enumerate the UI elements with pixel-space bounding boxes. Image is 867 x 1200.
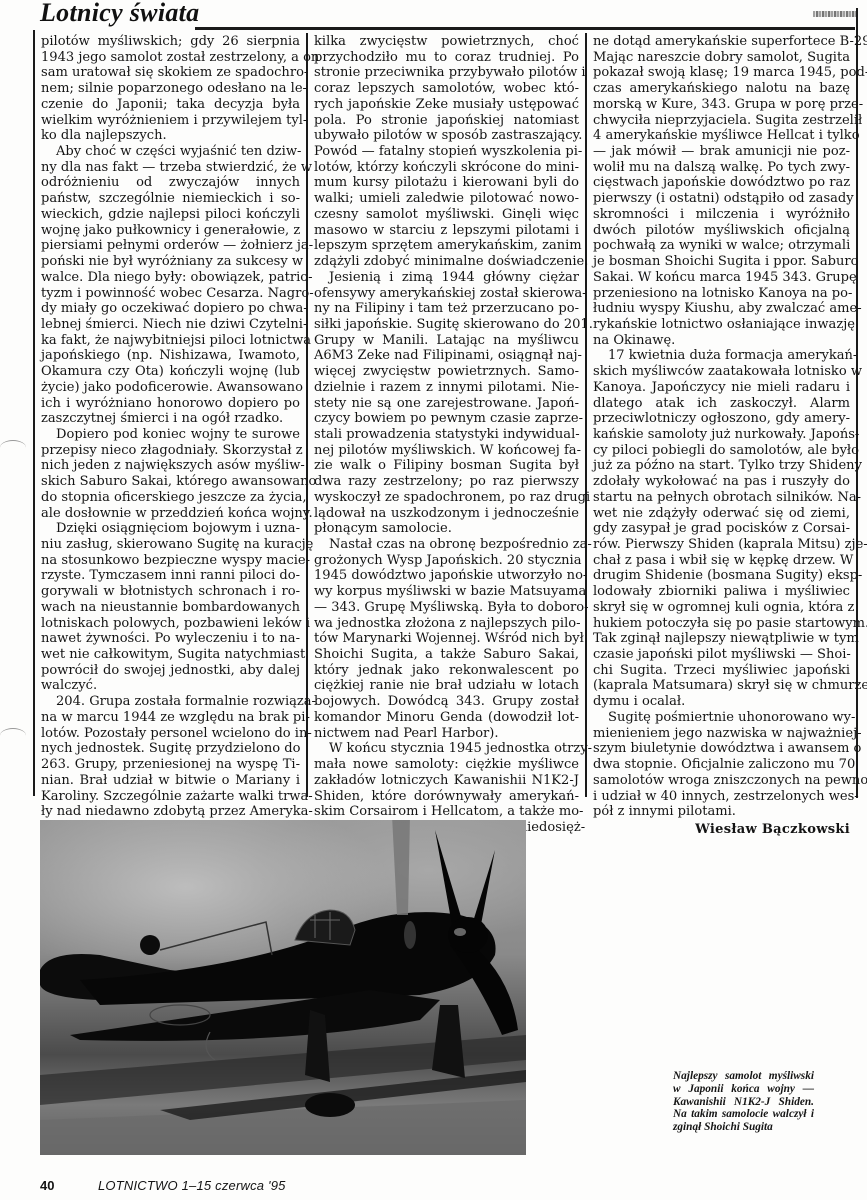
text-line: cięstwach japońskie dowództwo po raz xyxy=(593,175,850,191)
column-border-left xyxy=(33,30,35,796)
text-line: 4 amerykańskie myśliwce Hellcat i tylko xyxy=(593,128,850,144)
text-line: morską w Kure, 343. Grupa w porę prze- xyxy=(593,97,850,113)
text-line: zakładów lotniczych Kawanishii N1K2-J xyxy=(314,773,579,789)
text-line: siłki japońskie. Sugitę skierowano do 20… xyxy=(314,317,579,333)
article-paragraph: kilka zwycięstw powietrznych, choćprzych… xyxy=(314,34,579,270)
text-line: Shiden, które dorównywały amerykań- xyxy=(314,789,579,805)
text-line: już za późno na start. Tylko trzy Shiden… xyxy=(593,458,850,474)
column-divider-1 xyxy=(306,33,308,797)
text-line: ubywało pilotów w sposób zastraszający. xyxy=(314,128,579,144)
text-line: nych jednostek. Sugitę przydzielono do xyxy=(41,741,300,757)
text-line: mum kursy pilotażu i kierowani byli do xyxy=(314,175,579,191)
text-line: ny dla nas fakt — trzeba stwierdzić, że … xyxy=(41,160,300,176)
text-line: je bosman Shoichi Sugita i ppor. Saburo xyxy=(593,254,850,270)
text-line: piersiami pełnymi orderów — żołnierz ja- xyxy=(41,238,300,254)
text-line: Dopiero pod koniec wojny te surowe xyxy=(41,427,300,443)
text-line: i udział w 40 innych, zestrzelonych wes- xyxy=(593,789,850,805)
text-line: nem; silnie poparzonego odesłano na le- xyxy=(41,81,300,97)
article-paragraph: 17 kwietnia duża formacja amerykań-skich… xyxy=(593,348,850,710)
text-line: gorywali w błotnistych schronach i ro- xyxy=(41,584,300,600)
text-line: A6M3 Zeke nad Filipinami, osiągnął naj- xyxy=(314,348,579,364)
text-line: walczyć. xyxy=(41,678,300,694)
binding-mark xyxy=(0,728,26,743)
text-line: 204. Grupa została formalnie rozwiąza- xyxy=(41,694,300,710)
text-line: przepisy nieco złagodniały. Skorzystał z xyxy=(41,443,300,459)
text-line: lepszym sprzętem amerykańskim, zanim xyxy=(314,238,579,254)
text-line: ły nad niedawno zdobytą przez Ameryka- xyxy=(41,804,300,820)
text-line: na stosunkowo bezpieczne wyspy macie- xyxy=(41,553,300,569)
text-line: ich i wyróżniano honorowo dopiero po xyxy=(41,396,300,412)
aircraft-photo xyxy=(40,820,526,1155)
text-line: nian. Brał udział w bitwie o Mariany i xyxy=(41,773,300,789)
article-paragraph: Aby choć w części wyjaśnić ten dziw-ny d… xyxy=(41,144,300,427)
text-line: ka fakt, że najwybitniejsi piloci lotnic… xyxy=(41,333,300,349)
text-line: walki; umieli zaledwie pilotować nowo- xyxy=(314,191,579,207)
text-line: powrócił do swojej jednostki, aby dalej xyxy=(41,663,300,679)
text-line: sam uratował się skokiem ze spadochro- xyxy=(41,65,300,81)
text-line: lotniskach polowych, pozbawieni leków i xyxy=(41,616,300,632)
text-line: chwyciła nieprzyjaciela. Sugita zestrzel… xyxy=(593,113,850,129)
article-paragraph: pilotów myśliwskich; gdy 26 sierpnia1943… xyxy=(41,34,300,144)
text-line: lebnej śmierci. Niech nie dziwi Czytelni… xyxy=(41,317,300,333)
text-line: 263. Grupy, przeniesionej na wyspę Ti- xyxy=(41,757,300,773)
article-paragraph: Jesienią i zimą 1944 główny ciężarofensy… xyxy=(314,270,579,537)
text-line: dwa razy zestrzelony; po raz pierwszy xyxy=(314,474,579,490)
article-column-2: kilka zwycięstw powietrznych, choćprzych… xyxy=(314,34,579,836)
text-line: wieckich, gdzie najlepsi piloci kończyli xyxy=(41,207,300,223)
text-line: więcej zwycięstw powietrznych. Samo- xyxy=(314,364,579,380)
text-line: Okamura czy Ota) kończyli wojnę (lub xyxy=(41,364,300,380)
text-line: wy korpus myśliwski w bazie Matsuyama xyxy=(314,584,579,600)
text-line: kilka zwycięstw powietrznych, choć xyxy=(314,34,579,50)
text-line: wet nie zdążyły oderwać się od ziemi, xyxy=(593,506,850,522)
column-divider-2 xyxy=(585,33,587,797)
text-line: cy piloci pobiegli do samolotów, ale był… xyxy=(593,443,850,459)
article-paragraph: Nastał czas na obronę bezpośrednio za-gr… xyxy=(314,537,579,741)
text-line: tów Marynarki Wojennej. Wśród nich był xyxy=(314,631,579,647)
text-line: rzyste. Tymczasem inni ranni piloci do- xyxy=(41,568,300,584)
text-line: wolił mu na dalszą walkę. Po tych zwy- xyxy=(593,160,850,176)
text-line: samolotów wroga zniszczonych na pewno xyxy=(593,773,850,789)
text-line: nej pilotów myśliwskich. W końcowej fa- xyxy=(314,443,579,459)
text-line: Sakai. W końcu marca 1945 343. Grupę xyxy=(593,270,850,286)
text-line: dzielnie i razem z innymi pilotami. Nie- xyxy=(314,380,579,396)
text-line: hukiem potoczyła się po pasie startowym. xyxy=(593,616,850,632)
binding-mark xyxy=(0,440,26,455)
text-line: pochwałą za wyniki w walce; otrzymali xyxy=(593,238,850,254)
text-line: wach na nieustannie bombardowanych xyxy=(41,600,300,616)
text-line: rykańskie lotnictwo osłaniające inwazję xyxy=(593,317,850,333)
text-line: czesny samolot myśliwski. Ginęli więc xyxy=(314,207,579,223)
text-line: 1945 dowództwo japońskie utworzyło no- xyxy=(314,568,579,584)
publication-name: LOTNICTWO 1–15 czerwca '95 xyxy=(98,1178,286,1193)
text-line: drugim Shidenie (bosmana Sugity) eksp- xyxy=(593,568,850,584)
text-line: czycy bowiem po pewnym czasie zaprze- xyxy=(314,411,579,427)
text-line: pilotów myśliwskich; gdy 26 sierpnia xyxy=(41,34,300,50)
article-paragraph: 204. Grupa została formalnie rozwiąza-na… xyxy=(41,694,300,835)
text-line: nich jeden z największych asów myśliw- xyxy=(41,458,300,474)
text-line: ko dla najlepszych. xyxy=(41,128,300,144)
text-line: lotów. Pozostały personel wcielono do in… xyxy=(41,726,300,742)
text-line: pół z innymi pilotami. xyxy=(593,804,850,820)
text-line: szym biuletynie dowództwa i awansem o xyxy=(593,741,850,757)
header-rule xyxy=(195,27,855,30)
text-line: tyzm i powinność wobec Cesarza. Nagro- xyxy=(41,286,300,302)
text-line: pokazał swoją klasę; 19 marca 1945, pod- xyxy=(593,65,850,81)
article-column-3: ne dotąd amerykańskie superfortece B-29.… xyxy=(593,34,850,838)
text-line: mała nowe samoloty: ciężkie myśliwce xyxy=(314,757,579,773)
text-line: rych japońskie Zeke musiały ustępować xyxy=(314,97,579,113)
text-line: lodowały zbiorniki paliwa i myśliwiec xyxy=(593,584,850,600)
text-line: wojnę jako pułkownicy i generałowie, z xyxy=(41,223,300,239)
text-line: mienieniem jego nazwiska w najważniej- xyxy=(593,726,850,742)
text-line: 17 kwietnia duża formacja amerykań- xyxy=(593,348,850,364)
text-line: dwóch pilotów myśliwskich oficjalną xyxy=(593,223,850,239)
text-line: czasie japoński pilot myśliwski — Shoi- xyxy=(593,647,850,663)
text-line: Grupy w Manili. Latając na myśliwcu xyxy=(314,333,579,349)
text-line: Shoichi Sugita, a także Saburo Sakai, xyxy=(314,647,579,663)
text-line: stety nie są one zarejestrowane. Japoń- xyxy=(314,396,579,412)
text-line: lotów, którzy kończyli skrócone do mini- xyxy=(314,160,579,176)
text-line: bojowych. Dowódcą 343. Grupy został xyxy=(314,694,579,710)
text-line: 1943 jego samolot został zestrzelony, a … xyxy=(41,50,300,66)
text-line: startu na pełnych obrotach silników. Na- xyxy=(593,490,850,506)
article-paragraph: Dopiero pod koniec wojny te suroweprzepi… xyxy=(41,427,300,521)
text-line: zaszczytnej śmierci i na ogół rzadko. xyxy=(41,411,300,427)
text-line: życie) jako podoficerowie. Awansowano xyxy=(41,380,300,396)
text-line: (kaprala Matsumara) skrył się w chmurze xyxy=(593,678,850,694)
text-line: Kanoya. Japończycy nie mieli radaru i xyxy=(593,380,850,396)
text-line: grożonych Wysp Japońskich. 20 stycznia xyxy=(314,553,579,569)
text-line: łudniu wyspy Kiushu, aby zwalczać ame- xyxy=(593,301,850,317)
text-line: pierwszy (i ostatni) odstąpiło od zasady xyxy=(593,191,850,207)
section-title: Lotnicy świata xyxy=(40,0,199,28)
text-line: — jak mówił — brak amunicji nie poz- xyxy=(593,144,850,160)
text-line: pola. Po stronie japońskiej natomiast xyxy=(314,113,579,129)
text-line: Tak zginął najlepszy niewątpliwie w tym xyxy=(593,631,850,647)
text-line: rów. Pierwszy Shiden (kaprala Mitsu) zje… xyxy=(593,537,850,553)
text-line: Karoliny. Szczególnie zażarte walki trwa… xyxy=(41,789,300,805)
text-line: chał z pasa i wbił się w kępkę drzew. W xyxy=(593,553,850,569)
page-number: 40 xyxy=(40,1178,54,1193)
text-line: stronie przeciwnika przybywało pilotów i xyxy=(314,65,579,81)
text-line: gdy zasypał je grad pocisków z Corsai- xyxy=(593,521,850,537)
text-line: Powód — fatalny stopień wyszkolenia pi- xyxy=(314,144,579,160)
text-line: Dzięki osiągnięciom bojowym i uzna- xyxy=(41,521,300,537)
photo-caption: Najlepszy samolot myśliwski w Japonii ko… xyxy=(673,1070,814,1134)
text-line: skich myśliwców zaatakowała lotnisko w xyxy=(593,364,850,380)
text-line: skrył się w ogromnej kuli ognia, która z xyxy=(593,600,850,616)
text-line: dy miały go oczekiwać dopiero po chwa- xyxy=(41,301,300,317)
text-line: coraz lepszych samolotów, wobec któ- xyxy=(314,81,579,97)
text-line: odróżnieniu od zwyczajów innych xyxy=(41,175,300,191)
text-line: czenie do Japonii; taka decyzja była xyxy=(41,97,300,113)
text-line: płonącym samolocie. xyxy=(314,521,579,537)
text-line: czas amerykańskiego nalotu na bazę xyxy=(593,81,850,97)
text-line: ofensywy amerykańskiej został skierowa- xyxy=(314,286,579,302)
article-paragraph: Sugitę pośmiertnie uhonorowano wy-mienie… xyxy=(593,710,850,820)
text-line: ciężkiej ranie nie brał udziału w lotach xyxy=(314,678,579,694)
text-line: wa jednostka złożona z najlepszych pilo- xyxy=(314,616,579,632)
text-line: poński nie był wyróżniany za sukcesy w xyxy=(41,254,300,270)
text-line: skich Saburo Sakai, którego awansowano xyxy=(41,474,300,490)
article-column-1: pilotów myśliwskich; gdy 26 sierpnia1943… xyxy=(41,34,300,836)
text-line: do stopnia oficerskiego jeszcze za życia… xyxy=(41,490,300,506)
text-line: dwa stopnie. Oficjalnie zaliczono mu 70 xyxy=(593,757,850,773)
text-line: ne dotąd amerykańskie superfortece B-29. xyxy=(593,34,850,50)
text-line: na Okinawę. xyxy=(593,333,850,349)
author-signature: Wiesław Bączkowski xyxy=(593,822,850,838)
text-line: ale dosłownie w przeddzień końca wojny. xyxy=(41,506,300,522)
text-line: dymu i ocalał. xyxy=(593,694,850,710)
text-line: kańskie samoloty już nurkowały. Japońs- xyxy=(593,427,850,443)
text-line: niu zasług, skierowano Sugitę na kurację xyxy=(41,537,300,553)
header-decoration xyxy=(813,11,857,17)
text-line: wet nie całkowitym, Sugita natychmiast xyxy=(41,647,300,663)
text-line: państw, szczególnie niemieckich i so- xyxy=(41,191,300,207)
text-line: masowo w starciu z lepszymi pilotami i xyxy=(314,223,579,239)
text-line: przychodziło mu to coraz trudniej. Po xyxy=(314,50,579,66)
text-line: Aby choć w części wyjaśnić ten dziw- xyxy=(41,144,300,160)
text-line: japońskiego (np. Nishizawa, Iwamoto, xyxy=(41,348,300,364)
text-line: zdołały wykołować na pas i ruszyły do xyxy=(593,474,850,490)
text-line: nictwem nad Pearl Harbor). xyxy=(314,726,579,742)
text-line: skim Corsairom i Hellcatom, a także mo- xyxy=(314,804,579,820)
text-line: wielkim wyróżnieniem i przywilejem tyl- xyxy=(41,113,300,129)
text-line: dlatego atak ich zaskoczył. Alarm xyxy=(593,396,850,412)
text-line: skromności i milczenia i wyróżniło xyxy=(593,207,850,223)
shiden-aircraft-image xyxy=(40,820,526,1155)
text-line: stali prowadzenia statystyki indywidual- xyxy=(314,427,579,443)
article-paragraph: Dzięki osiągnięciom bojowym i uzna-niu z… xyxy=(41,521,300,694)
text-line: wyskoczył ze spadochronem, po raz drugi xyxy=(314,490,579,506)
text-line: chi Sugita. Trzeci myśliwiec japoński xyxy=(593,663,850,679)
text-line: Nastał czas na obronę bezpośrednio za- xyxy=(314,537,579,553)
text-line: ny na Filipiny i tam też przerzucano po- xyxy=(314,301,579,317)
text-line: W końcu stycznia 1945 jednostka otrzy- xyxy=(314,741,579,757)
text-line: Jesienią i zimą 1944 główny ciężar xyxy=(314,270,579,286)
text-line: na w marcu 1944 ze względu na brak pi- xyxy=(41,710,300,726)
text-line: Sugitę pośmiertnie uhonorowano wy- xyxy=(593,710,850,726)
text-line: zdążyli zdobyć minimalne doświadczenie. xyxy=(314,254,579,270)
text-line: który jednak jako rekonwalescent po xyxy=(314,663,579,679)
text-line: przeciwlotniczy ogłoszono, gdy amery- xyxy=(593,411,850,427)
text-line: walce. Dla niego były: obowiązek, patrio… xyxy=(41,270,300,286)
text-line: Mając nareszcie dobry samolot, Sugita xyxy=(593,50,850,66)
text-line: zie walk o Filipiny bosman Sugita był xyxy=(314,458,579,474)
article-paragraph: ne dotąd amerykańskie superfortece B-29.… xyxy=(593,34,850,348)
text-line: — 343. Grupę Myśliwską. Była to doboro- xyxy=(314,600,579,616)
text-line: lądował na uszkodzonym i jednocześnie xyxy=(314,506,579,522)
text-line: komandor Minoru Genda (dowodził lot- xyxy=(314,710,579,726)
text-line: nawet żywności. Po wyleczeniu i to na- xyxy=(41,631,300,647)
text-line: przeniesiono na lotnisko Kanoya na po- xyxy=(593,286,850,302)
